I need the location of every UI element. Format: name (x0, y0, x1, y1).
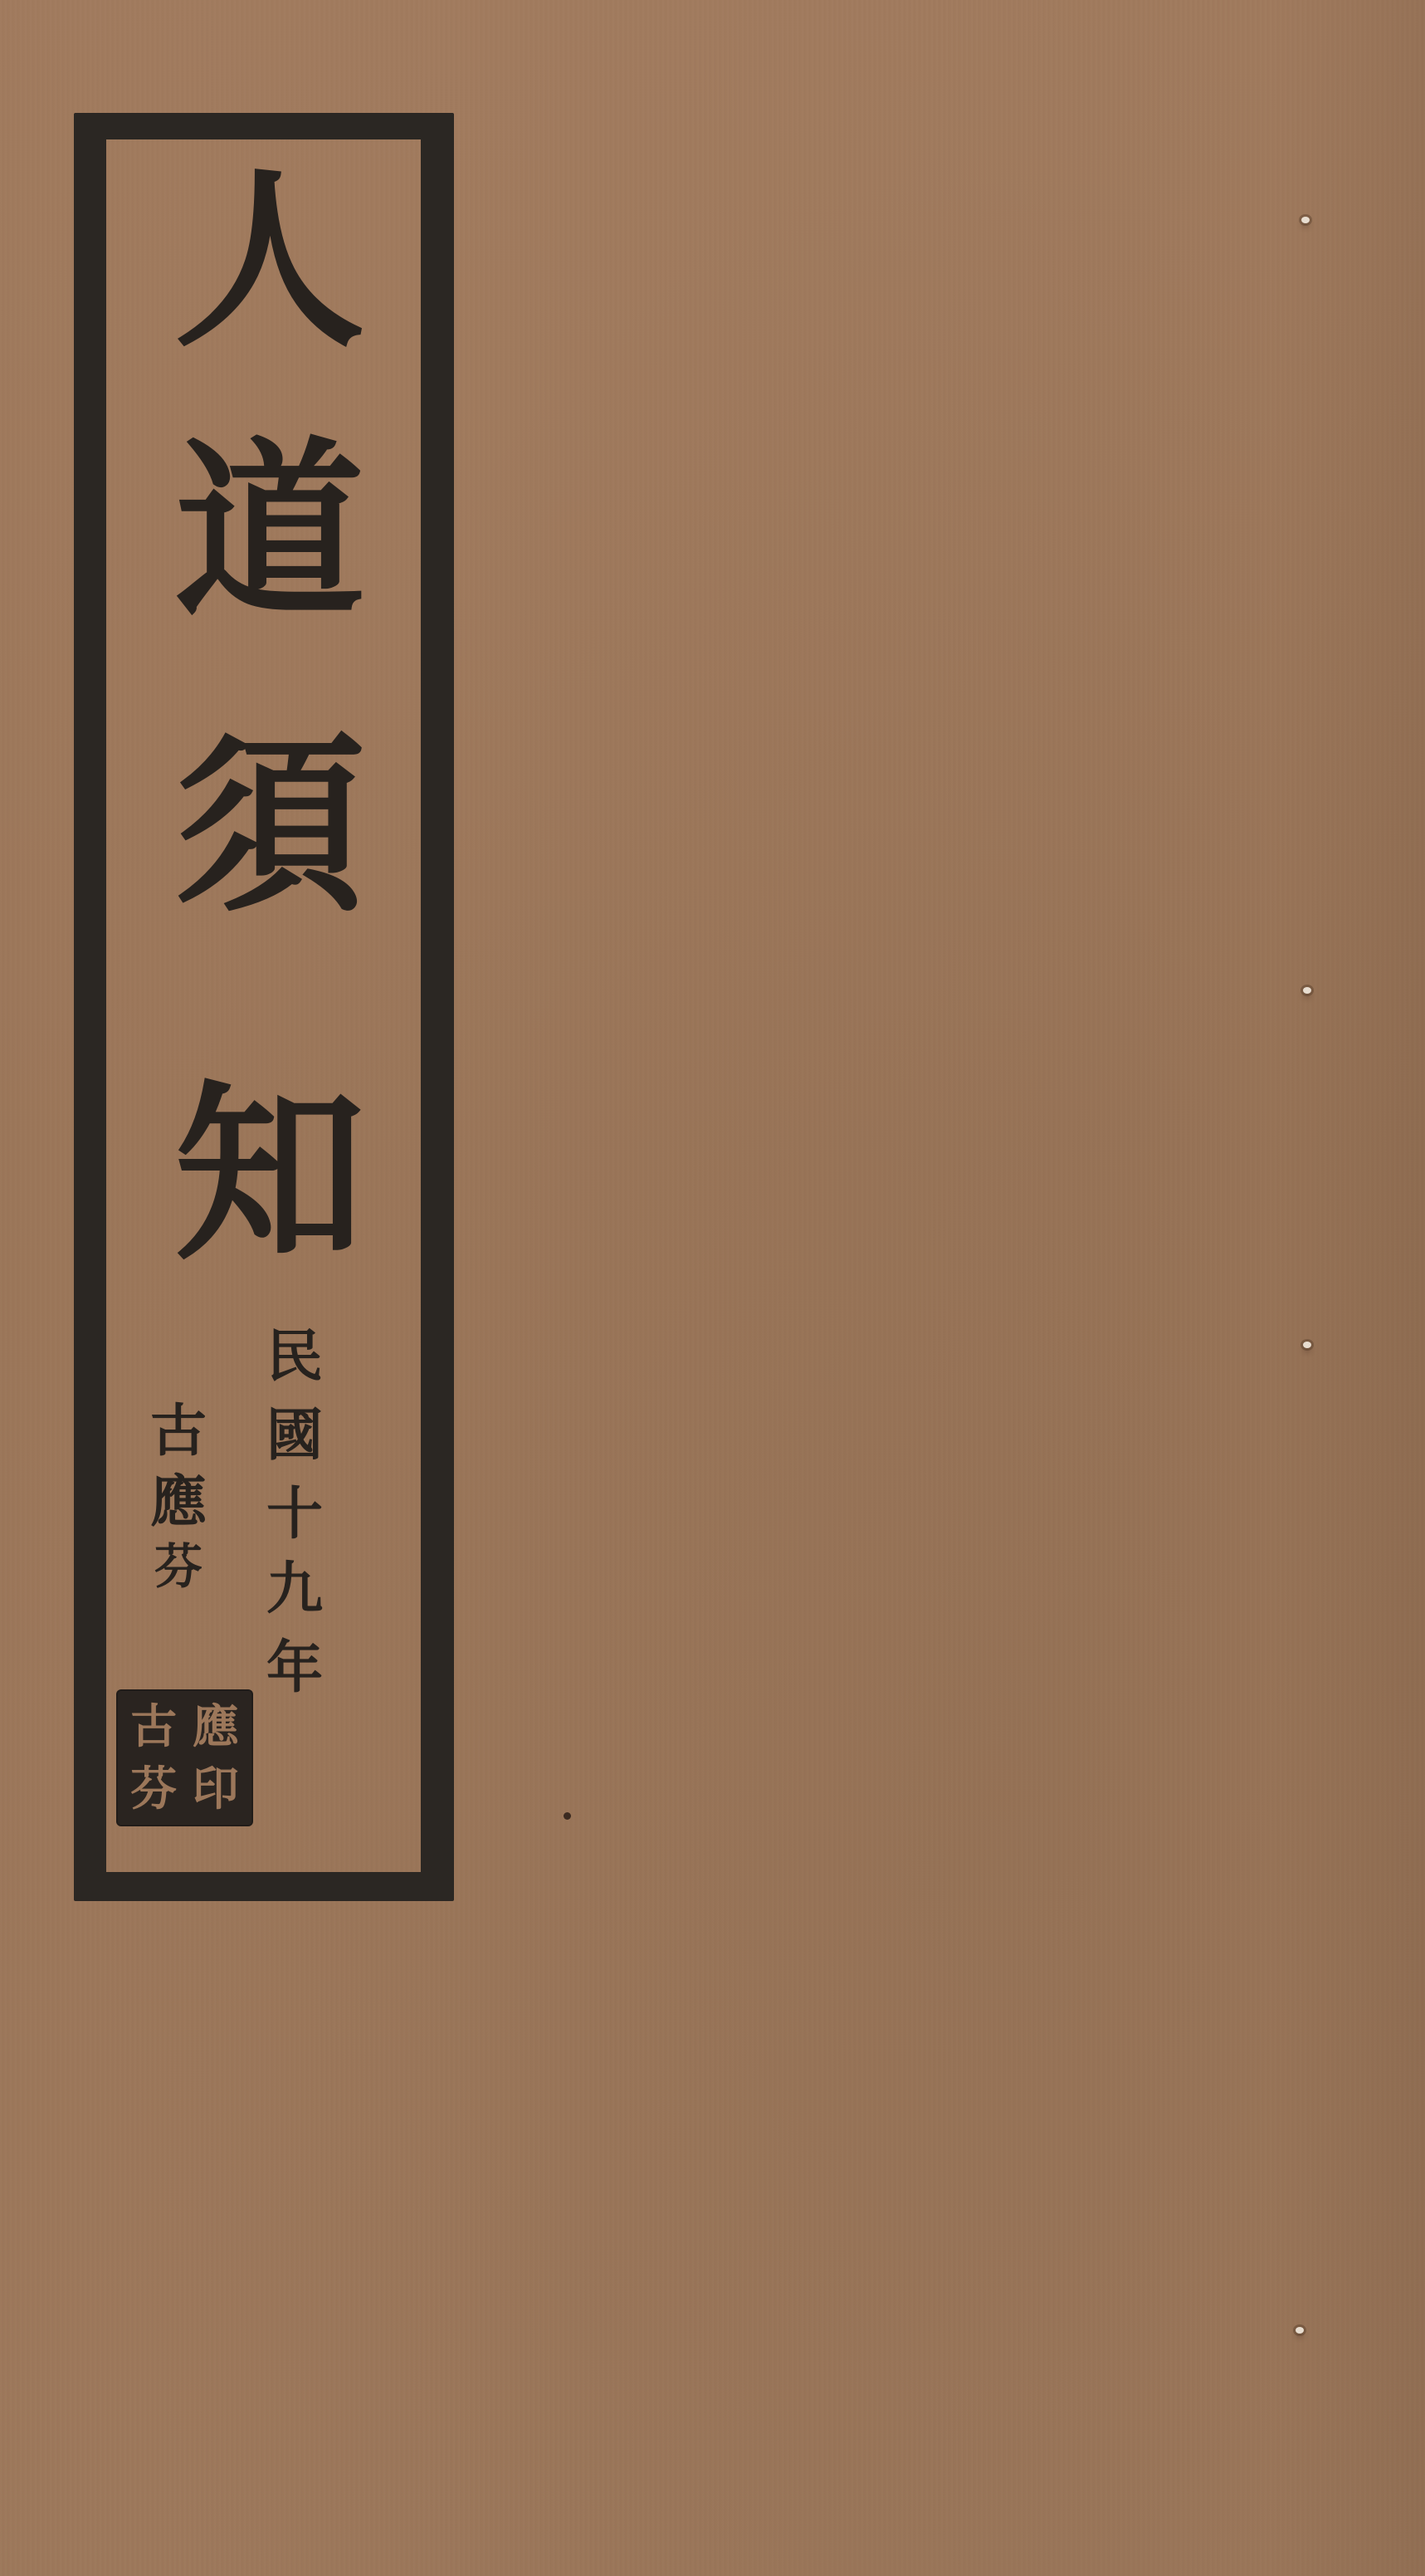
signature-char-ying: 應 (141, 1474, 216, 1530)
paper-speck (564, 1812, 571, 1820)
binding-hole-icon (1301, 217, 1310, 223)
date-char-jiu: 九 (257, 1561, 332, 1617)
title-char-zhi: 知 (145, 1079, 394, 1270)
title-char-ren: 人 (145, 166, 394, 357)
signature-char-gu: 古 (141, 1403, 216, 1459)
seal-char: 古 (124, 1698, 183, 1757)
date-char-min: 民 (257, 1328, 332, 1385)
seal-stamp: 古 應 芬 印 (116, 1689, 253, 1826)
seal-char: 應 (187, 1698, 246, 1757)
date-char-guo: 國 (257, 1407, 332, 1464)
binding-hole-icon (1296, 2327, 1304, 2334)
binding-hole-icon (1303, 987, 1311, 994)
date-char-nian: 年 (257, 1640, 332, 1696)
title-slip-frame (74, 113, 454, 1901)
seal-char: 印 (187, 1760, 246, 1819)
date-char-shi: 十 (257, 1486, 332, 1542)
title-char-xu: 須 (145, 731, 394, 921)
signature-char-fen: 芬 (141, 1542, 216, 1591)
seal-char: 芬 (124, 1760, 183, 1819)
title-char-dao: 道 (145, 436, 394, 627)
spine-shading (1267, 0, 1425, 2576)
binding-hole-icon (1303, 1342, 1311, 1348)
